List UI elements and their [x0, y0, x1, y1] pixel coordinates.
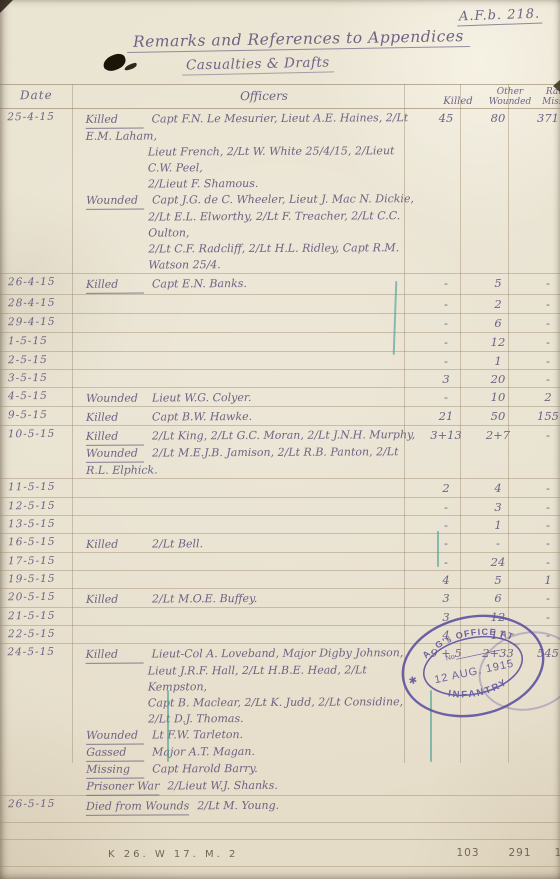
form-number: A.F.b. 218. [457, 7, 543, 27]
casualty-type-label: Prisoner War [86, 778, 159, 795]
officers-cell [80, 351, 418, 370]
header-officers: Officers [92, 84, 430, 109]
table-row: 17-5-15-24- [0, 553, 560, 571]
wounded-cell: 50 [474, 407, 522, 425]
table-row: 12-5-15-3- [0, 498, 560, 516]
officers-cell: Killed2/Lt M.O.E. Buffey. [80, 588, 418, 608]
table-row: 19-5-15451 [0, 571, 560, 589]
date-cell: 10-5-15 [0, 426, 80, 479]
header-other-wounded: Other Wounded [486, 85, 534, 108]
date-cell: 21-5-15 [0, 608, 80, 626]
date-cell [0, 840, 80, 867]
wounded-cell: 12 [474, 333, 522, 351]
casualty-entry: Lieut J.R.F. Hall, 2/Lt H.B.E. Head, 2/L… [86, 662, 418, 696]
officer-names: Lieut J.R.F. Hall, 2/Lt H.B.E. Head, 2/L… [148, 663, 367, 693]
casualty-entry: Killed2/Lt King, 2/Lt G.C. Moran, 2/Lt J… [86, 427, 418, 446]
officer-names: Lieut French, 2/Lt W. White 25/4/15, 2/L… [148, 144, 395, 174]
page-title: Remarks and References to Appendices [0, 30, 560, 50]
table-row: 10-5-15Killed2/Lt King, 2/Lt G.C. Moran,… [0, 426, 560, 479]
blank-row [0, 867, 560, 879]
svg-text:A. G's OFFICE AT: A. G's OFFICE AT [417, 619, 517, 662]
missing-cell: - [522, 553, 560, 570]
header-killed: Killed [430, 85, 486, 108]
casualty-type-label: Killed [86, 592, 144, 608]
officers-cell: KilledCapt F.N. Le Mesurier, Lieut A.E. … [80, 108, 419, 274]
casualty-type-label: Wounded [86, 446, 144, 463]
killed-cell: 2 [418, 479, 474, 497]
officers-cell: Died from Wounds2/Lt M. Young. [80, 795, 418, 823]
wounded-cell: 3 [474, 498, 522, 515]
blank-row [0, 823, 560, 840]
missing-cell: - [522, 498, 560, 515]
casualty-type-label: Killed [86, 277, 144, 294]
header-missing: Missing [542, 97, 560, 107]
table-row: 20-5-15Killed2/Lt M.O.E. Buffey.36- [0, 589, 560, 608]
stamp-star-icon: ✱ [408, 675, 418, 688]
document-page: A.F.b. 218. Remarks and References to Ap… [0, 0, 560, 879]
officer-names: Capt Harold Barry. [152, 762, 258, 776]
edge-notch [553, 80, 560, 92]
teal-rule-mark [167, 690, 169, 762]
page-subtitle-text: Casualties & Drafts [182, 54, 334, 75]
casualty-type-label: Killed [86, 429, 144, 446]
officer-names: 2/Lieut F. Shamous. [148, 177, 258, 191]
casualty-entry: KilledCapt F.N. Le Mesurier, Lieut A.E. … [86, 110, 418, 145]
officers-cell: KilledCapt B.W. Hawke. [80, 406, 418, 426]
casualty-entry: WoundedLt F.W. Tarleton. [86, 726, 418, 745]
officers-cell [80, 478, 418, 498]
officers-cell [80, 625, 418, 644]
casualty-type-label: Killed [86, 410, 144, 426]
table-row: 29-4-15-6- [0, 314, 560, 333]
casualty-type-label: Killed [86, 112, 144, 129]
casualty-entry: Died from Wounds2/Lt M. Young. [86, 797, 418, 816]
missing-cell: 371 [522, 109, 560, 273]
missing-cell: - [522, 352, 560, 369]
table-row: 25-4-15KilledCapt F.N. Le Mesurier, Lieu… [0, 109, 560, 274]
missing-cell: - [522, 295, 560, 313]
date-cell: 24-5-15 [0, 644, 81, 796]
casualty-entry: Prisoner War2/Lieut W.J. Shanks. [86, 777, 418, 796]
officer-names: 2/Lieut W.J. Shanks. [167, 779, 278, 793]
missing-cell: - [522, 426, 560, 478]
officer-names: 2/Lt King, 2/Lt G.C. Moran, 2/Lt J.N.H. … [152, 428, 415, 442]
date-cell: 17-5-15 [0, 553, 80, 571]
wounded-cell: 4 [474, 479, 522, 497]
table-header-row: Date Officers Killed Other Wounded Ranks… [0, 85, 560, 109]
header-wounded: Wounded [489, 97, 532, 107]
date-cell: 11-5-15 [0, 479, 80, 498]
missing-cell: - [522, 479, 560, 497]
killed-total: 103 [440, 840, 496, 866]
officers-cell [80, 570, 418, 589]
officers-cell [80, 607, 418, 626]
casualty-entry: 2/Lt C.F. Radcliff, 2/Lt H.L. Ridley, Ca… [86, 240, 418, 274]
officer-names: Capt E.N. Banks. [152, 277, 247, 290]
officer-names: Capt J.G. de C. Wheeler, Lieut J. Mac N.… [152, 192, 414, 206]
casualty-entry: KilledCapt E.N. Banks. [86, 275, 418, 294]
torn-corner [0, 0, 13, 13]
casualty-entry: 2/Lt E.L. Elworthy, 2/Lt F. Treacher, 2/… [86, 208, 418, 242]
wounded-cell: 80 [474, 109, 522, 273]
wounded-cell: 6 [474, 314, 522, 332]
missing-cell: - [522, 274, 560, 294]
casualty-type-label: Missing [86, 762, 144, 779]
officer-names: Lieut W.G. Colyer. [152, 391, 252, 405]
wounded-cell: 24 [474, 553, 522, 570]
missing-cell: 2 [522, 388, 560, 406]
summary-row: K 26. W 17. M. 2 103 291 1094 [0, 840, 560, 867]
killed-cell: 45 [418, 109, 474, 273]
killed-cell: 3 [418, 370, 474, 387]
date-cell: 13-5-15 [0, 516, 80, 534]
officers-cell [80, 515, 418, 534]
killed-cell: - [418, 498, 474, 515]
officer-names: Lt F.W. Tarleton. [152, 728, 243, 741]
casualty-type-label: Wounded [86, 193, 144, 210]
officers-cell [80, 294, 418, 314]
header-date: Date [0, 85, 92, 109]
officer-names: Lieut-Col A. Loveband, Major Digby Johns… [152, 646, 404, 660]
wounded-cell: 5 [474, 571, 522, 588]
officer-names: 2/Lt M. Young. [197, 799, 279, 812]
casualty-entry: Wounded2/Lt M.E.J.B. Jamison, 2/Lt R.B. … [86, 444, 418, 479]
casualty-entry: Killed2/Lt M.O.E. Buffey. [86, 590, 418, 608]
killed-cell: - [418, 295, 474, 313]
officer-names: Capt B.W. Hawke. [152, 410, 252, 424]
table-row: 2-5-15-1- [0, 352, 560, 370]
wounded-cell: 1 [474, 516, 522, 533]
table-row: 11-5-1524- [0, 479, 560, 498]
missing-total: 1094 [544, 840, 560, 866]
date-cell: 16-5-15 [0, 534, 80, 553]
officers-cell [80, 369, 418, 388]
officer-names: 2/Lt Bell. [152, 537, 203, 550]
casualty-entry: KilledCapt B.W. Hawke. [86, 408, 418, 426]
officers-cell: Killed2/Lt King, 2/Lt G.C. Moran, 2/Lt J… [80, 425, 418, 479]
officer-names: 2/Lt M.O.E. Buffey. [152, 592, 257, 606]
date-cell: 19-5-15 [0, 571, 80, 589]
killed-cell: - [418, 553, 474, 570]
missing-cell: 155 [522, 407, 560, 425]
officers-cell [80, 497, 418, 516]
officers-cell [80, 313, 418, 333]
wounded-cell: 5 [474, 274, 522, 294]
date-cell: 26-4-15 [0, 274, 80, 295]
officers-cell: Killed2/Lt Bell. [80, 533, 418, 553]
casualty-type-label: Wounded [86, 728, 144, 745]
table-row: 9-5-15KilledCapt B.W. Hawke.2150155 [0, 407, 560, 426]
table-row: 13-5-15-1- [0, 516, 560, 534]
date-cell: 20-5-15 [0, 589, 80, 608]
casualty-table: Date Officers Killed Other Wounded Ranks… [0, 84, 560, 879]
casualty-type-label: Killed [86, 537, 144, 553]
officers-cell: WoundedLieut W.G. Colyer. [80, 387, 418, 407]
wounded-cell: 2 [474, 295, 522, 313]
date-cell: 4-5-15 [0, 388, 80, 407]
casualty-entry: 2/Lt D.J. Thomas. [86, 710, 418, 728]
table-row: 16-5-15Killed2/Lt Bell.--- [0, 534, 560, 553]
missing-cell: - [522, 314, 560, 332]
date-cell: 26-5-15 [0, 796, 80, 823]
casualty-entry: Capt B. Maclear, 2/Lt K. Judd, 2/Lt Cons… [86, 694, 418, 712]
casualty-entry: MissingCapt Harold Barry. [86, 760, 418, 779]
page-title-text: Remarks and References to Appendices [126, 27, 469, 53]
killed-cell: - [418, 352, 474, 369]
killed-cell: 3+13 [418, 426, 474, 478]
table-row: 26-5-15Died from Wounds2/Lt M. Young. [0, 796, 560, 823]
missing-cell [522, 796, 560, 822]
killed-cell: - [418, 274, 474, 294]
casualty-entry: Killed2/Lt Bell. [86, 535, 418, 553]
missing-cell: 1 [522, 571, 560, 588]
missing-cell: - [522, 534, 560, 552]
header-other: Other [497, 87, 523, 97]
table-row: 26-4-15KilledCapt E.N. Banks.-5- [0, 274, 560, 295]
wounded-cell: - [474, 534, 522, 552]
date-cell: 9-5-15 [0, 407, 80, 426]
wounded-cell: 2+7 [474, 426, 522, 478]
date-cell: 25-4-15 [0, 109, 81, 274]
killed-cell [418, 796, 474, 822]
wounded-cell [474, 796, 522, 822]
table-row: 4-5-15WoundedLieut W.G. Colyer.-102 [0, 388, 560, 407]
date-cell: 22-5-15 [0, 626, 80, 644]
casualty-type-label: Gassed [86, 745, 144, 762]
killed-cell: 4 [418, 571, 474, 588]
officer-names: Capt B. Maclear, 2/Lt K. Judd, 2/Lt Cons… [148, 695, 403, 709]
killed-cell: - [418, 314, 474, 332]
officers-cell: KilledCapt E.N. Banks. [80, 273, 418, 295]
casualty-entry: KilledLieut-Col A. Loveband, Major Digby… [86, 645, 418, 664]
officer-names: 2/Lt E.L. Elworthy, 2/Lt F. Treacher, 2/… [148, 209, 400, 239]
wounded-total: 291 [496, 840, 544, 866]
wounded-cell: 20 [474, 370, 522, 387]
casualty-entry: Lieut French, 2/Lt W. White 25/4/15, 2/L… [86, 143, 418, 177]
officers-cell: KilledLieut-Col A. Loveband, Major Digby… [80, 643, 419, 796]
summary-note: K 26. W 17. M. 2 [80, 840, 440, 866]
killed-cell: - [418, 333, 474, 351]
killed-cell: 3 [418, 589, 474, 607]
casualty-type-label: Wounded [86, 391, 144, 407]
wounded-cell: 1 [474, 352, 522, 369]
date-cell: 2-5-15 [0, 352, 80, 370]
stamp-no-label: No [445, 654, 455, 663]
killed-cell: - [418, 534, 474, 552]
casualty-type-label: Died from Wounds [86, 798, 189, 816]
date-cell: 1-5-15 [0, 333, 80, 352]
date-cell: 12-5-15 [0, 498, 80, 516]
casualty-entry: GassedMajor A.T. Magan. [86, 743, 418, 762]
table-row: 28-4-15-2- [0, 295, 560, 314]
wounded-cell: 10 [474, 388, 522, 406]
page-subtitle: Casualties & Drafts [0, 56, 560, 74]
killed-cell: - [418, 388, 474, 406]
table-row: 3-5-15320- [0, 370, 560, 388]
casualty-type-label: Killed [86, 647, 144, 664]
missing-cell: - [522, 516, 560, 533]
officers-cell [80, 552, 418, 571]
killed-cell: 21 [418, 407, 474, 425]
casualty-entry: WoundedCapt J.G. de C. Wheeler, Lieut J.… [86, 191, 418, 210]
killed-cell: - [418, 516, 474, 533]
date-cell: 3-5-15 [0, 370, 80, 388]
date-cell: 28-4-15 [0, 295, 80, 314]
date-cell: 29-4-15 [0, 314, 80, 333]
column-rule-date [72, 84, 73, 763]
missing-cell: - [522, 333, 560, 351]
table-row: 1-5-15-12- [0, 333, 560, 352]
officer-names: 2/Lt C.F. Radcliff, 2/Lt H.L. Ridley, Ca… [148, 241, 399, 271]
casualty-entry: 2/Lieut F. Shamous. [86, 175, 418, 193]
stamp-arc-top-text: A. G's OFFICE AT [417, 619, 517, 662]
officer-names: 2/Lt D.J. Thomas. [148, 712, 244, 726]
officers-cell [80, 332, 418, 352]
missing-cell: - [522, 370, 560, 387]
casualty-entry: WoundedLieut W.G. Colyer. [86, 389, 418, 407]
teal-check-mark [437, 531, 439, 567]
